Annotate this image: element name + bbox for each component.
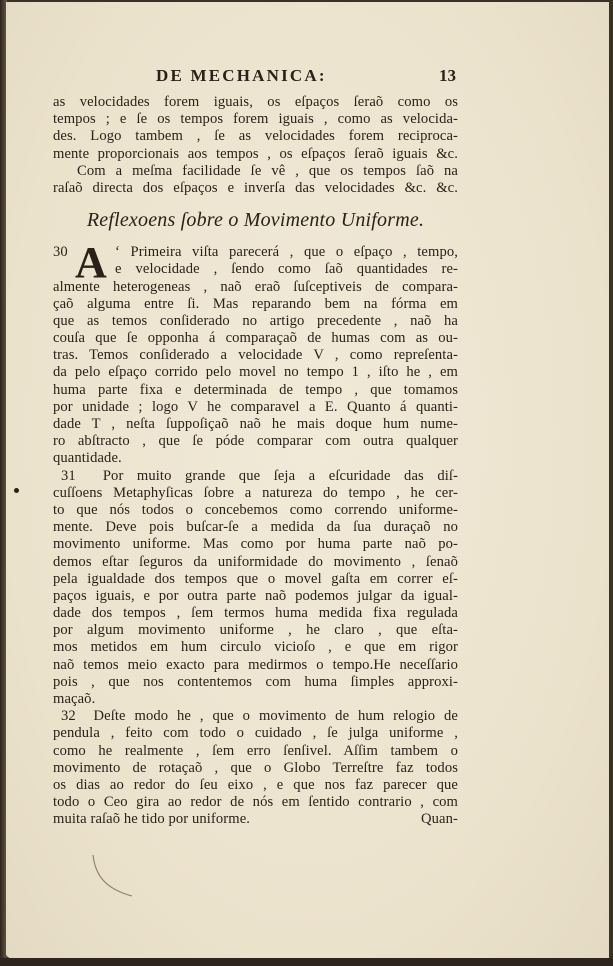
text-line: maçaõ.	[53, 691, 458, 708]
catchword: Quan-	[421, 811, 458, 828]
text-line: almente heterogeneas , naõ eraõ ſuſcepti…	[53, 279, 458, 296]
text-line: pois , que nos contentemos com huma ſimp…	[53, 674, 458, 691]
text-line: des. Logo tambem , ſe as velocidades for…	[53, 128, 458, 145]
pencil-mark	[90, 852, 140, 902]
paragraph-31: 31 Por muito grande que ſeja a eſcuridad…	[53, 468, 458, 709]
text-line: huma parte fixa e determinada de tempo ,…	[53, 382, 458, 399]
text-line: 30 ‘ Primeira viſta parecerá , que o eſp…	[53, 244, 458, 261]
text-line: movimento uniforme. Mas como por huma pa…	[53, 536, 458, 553]
text-line: muita raſaõ he tido por uniforme. Quan-	[53, 811, 458, 828]
text-line: tras. Temos conſiderado a velocidade V ,…	[53, 347, 458, 364]
text-line-content: ‘ Primeira viſta parecerá , que o eſpaço…	[115, 244, 458, 260]
text-line: dade T , neſta ſuppoſiçaõ naõ he mais do…	[53, 416, 458, 433]
section-heading: Reflexoens ſobre o Movimento Uniforme.	[53, 207, 458, 233]
text-line: os dias ao redor do ſeu eixo , e que nos…	[53, 777, 458, 794]
text-line: demos eſtar ſeguros da uniformidade do m…	[53, 554, 458, 571]
page-bottom-edge	[0, 958, 613, 966]
text-line: pela igualdade dos tempos que o movel ga…	[53, 571, 458, 588]
paragraph-number: 31	[61, 468, 76, 484]
text-line: mos metidos em hum circulo vicioſo , e q…	[53, 639, 458, 656]
opening-text: as velocidades forem iguais, os eſpaços …	[53, 94, 458, 197]
text-line-content: Por muito grande que ſeja a eſcuridade d…	[103, 468, 458, 484]
text-line: tempos ; e ſe os tempos forem iguais , c…	[53, 111, 458, 128]
text-line: mente. Deve pois buſcar-ſe a medida da ſ…	[53, 519, 458, 536]
running-title: DE MECHANICA:	[156, 66, 327, 86]
text-line: çaõ alguma entre ſi. Mas reparando bem n…	[53, 296, 458, 313]
text-line: pendula , feito com todo o cuidado , ſe …	[53, 725, 458, 742]
paragraph-number: 30	[53, 244, 68, 261]
text-line: movimento de rotaçaõ , que o Globo Terre…	[53, 760, 458, 777]
paragraph-30: A 30 ‘ Primeira viſta parecerá , que o e…	[53, 244, 458, 467]
text-line: dade dos tempos , ſem termos huma medida…	[53, 605, 458, 622]
text-line: mente proporcionais aos tempos , os eſpa…	[53, 146, 458, 163]
text-line: paços iguais, e por outra parte naõ pode…	[53, 588, 458, 605]
text-line: 31 Por muito grande que ſeja a eſcuridad…	[53, 468, 458, 485]
text-line-content: Deſte modo he , que o movimento de hum r…	[94, 708, 458, 724]
text-line: que as temos conſiderado no artigo prece…	[53, 313, 458, 330]
text-line: to que nós todos o concebemos como corre…	[53, 502, 458, 519]
page-number: 13	[439, 66, 456, 86]
text-line: 32 Deſte modo he , que o movimento de hu…	[53, 708, 458, 725]
text-line: naõ temos meio exacto para medirmos o te…	[53, 657, 458, 674]
text-line: todo o Ceo gira ao redor de nós em ſenti…	[53, 794, 458, 811]
text-line: por unidade ; logo V he comparavel a E. …	[53, 399, 458, 416]
running-head: DE MECHANICA: 13	[53, 64, 458, 94]
text-line: raſaõ directa dos eſpaços e inverſa das …	[53, 180, 458, 197]
text-line: quantidade.	[53, 450, 458, 467]
text-line: como he realmente , ſem erro ſenſivel. A…	[53, 743, 458, 760]
text-line: as velocidades forem iguais, os eſpaços …	[53, 94, 458, 111]
paragraph-32: 32 Deſte modo he , que o movimento de hu…	[53, 708, 458, 828]
text-line: por algum movimento uniforme , he claro …	[53, 622, 458, 639]
text-line: ro abſtracto , que ſe póde comparar com …	[53, 433, 458, 450]
text-line: e velocidade , ſendo como ſaõ quantidade…	[53, 261, 458, 278]
ink-blot	[14, 488, 19, 493]
text-line: Com a meſma facilidade ſe vê , que os te…	[53, 163, 458, 180]
text-line: da pelo eſpaço corrido pelo movel no tem…	[53, 364, 458, 381]
text-line: couſa que ſe opponha á comparaçaõ de hum…	[53, 330, 458, 347]
text-block: DE MECHANICA: 13 as velocidades forem ig…	[53, 64, 458, 829]
paragraph-number: 32	[61, 708, 76, 724]
text-line: cuſſoens Metaphyſicas ſobre a natureza d…	[53, 485, 458, 502]
text-line-content: muita raſaõ he tido por uniforme.	[53, 811, 250, 827]
